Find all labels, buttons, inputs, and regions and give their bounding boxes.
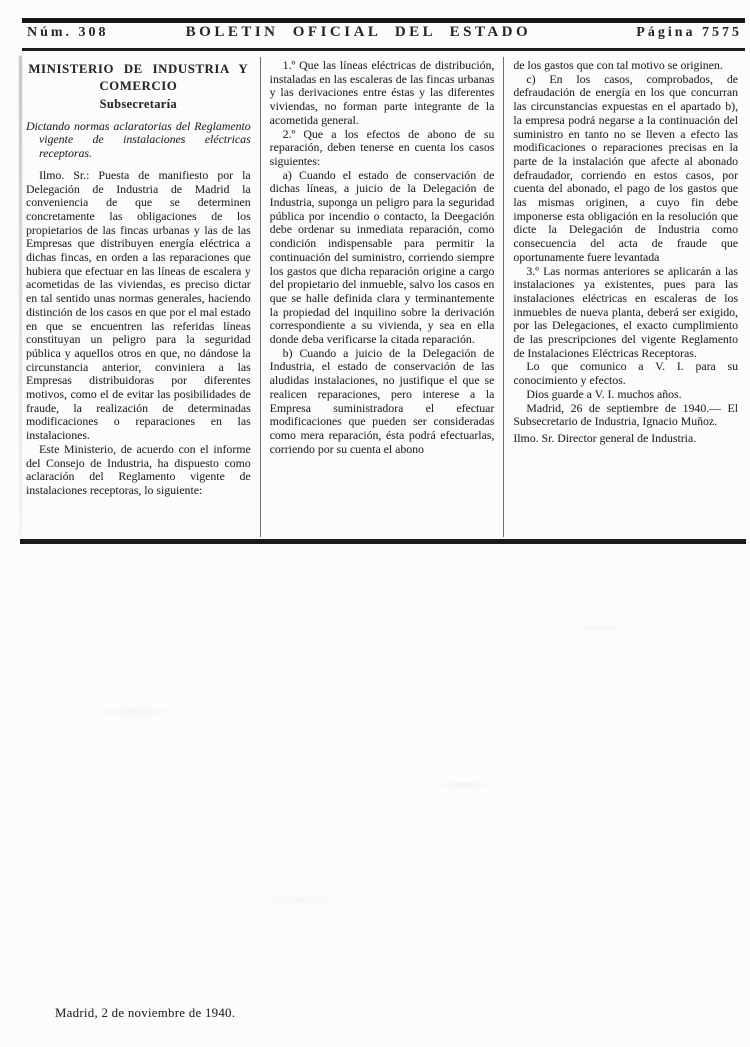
ministry-title: MINISTERIO DE INDUSTRIA Y COMERCIO — [26, 61, 251, 94]
department-subtitle: Subsecretaría — [26, 98, 251, 112]
article-paragraph-item-1: 1.º Que las líneas eléctricas de distrib… — [270, 59, 495, 128]
header-top-rule — [22, 18, 745, 23]
gazette-page: Núm. 308 BOLETIN OFICIAL DEL ESTADO Pági… — [0, 0, 750, 1047]
article-end-rule — [20, 539, 746, 544]
article-paragraph-item-a: a) Cuando el estado de conservación de d… — [270, 169, 495, 347]
article-paragraph-item-3: 3.º Las normas anteriores se aplicarán a… — [513, 265, 738, 361]
article-paragraph-item-b: b) Cuando a juicio de la Delegación de I… — [270, 347, 495, 457]
footer-dateline: Madrid, 2 de noviembre de 1940. — [55, 1006, 235, 1021]
article-paragraph-closing: Lo que comunico a V. I. para su conocimi… — [513, 360, 738, 387]
article-paragraph: Ilmo. Sr.: Puesta de manifiesto por la D… — [26, 169, 251, 443]
masthead: Núm. 308 BOLETIN OFICIAL DEL ESTADO Pági… — [27, 24, 742, 41]
article-paragraph: Este Ministerio, de acuerdo con el infor… — [26, 443, 251, 498]
column-3: de los gastos que con tal motivo se orig… — [503, 57, 738, 537]
page-number: Página 7575 — [636, 25, 742, 41]
article-paragraph-item-2: 2.º Que a los efectos de abono de su rep… — [270, 128, 495, 169]
article-paragraph-item-c: c) En los casos, comprobados, de defraud… — [513, 73, 738, 265]
article-paragraph-continuation: de los gastos que con tal motivo se orig… — [513, 59, 738, 73]
article-addressee: Ilmo. Sr. Director general de Industria. — [513, 432, 738, 446]
article-signature: Madrid, 26 de septiembre de 1940.— El Su… — [513, 402, 738, 429]
decree-summary: Dictando normas aclaratorias del Reglame… — [26, 120, 251, 161]
article-paragraph-salutation: Dios guarde a V. I. muchos años. — [513, 388, 738, 402]
page-title: BOLETIN OFICIAL DEL ESTADO — [186, 24, 532, 41]
header-bottom-rule — [22, 48, 745, 51]
article-columns: MINISTERIO DE INDUSTRIA Y COMERCIO Subse… — [26, 57, 738, 537]
issue-number: Núm. 308 — [27, 25, 109, 41]
scan-edge-artifact — [19, 56, 22, 538]
column-1: MINISTERIO DE INDUSTRIA Y COMERCIO Subse… — [26, 57, 260, 537]
column-2: 1.º Que las líneas eléctricas de distrib… — [260, 57, 504, 537]
